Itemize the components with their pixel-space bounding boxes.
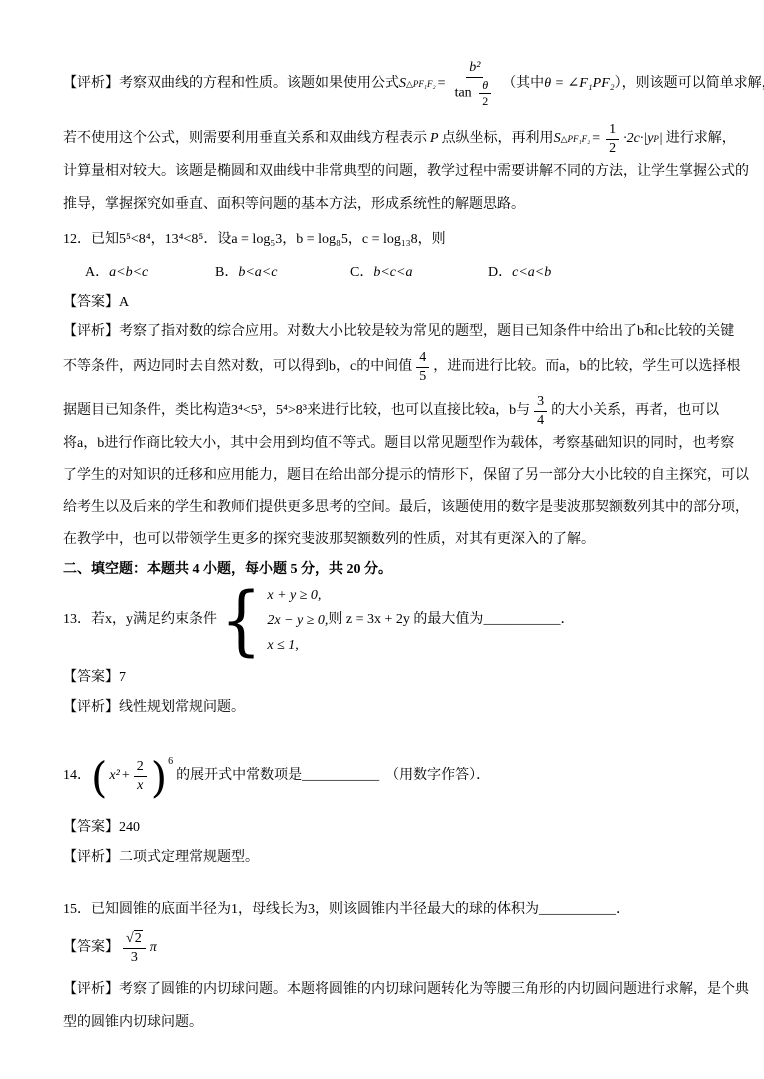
review-text: 若不使用这个公式，则需要利用垂直关系和双曲线方程表示 <box>63 127 427 151</box>
q13-stem: 13．若x，y满足约束条件 <box>63 608 217 632</box>
point-p-variable: P <box>430 127 439 151</box>
q15-answer-blank: ___________ <box>539 902 616 917</box>
abs-y-open: |y <box>643 127 653 151</box>
review-text: 进行求解， <box>666 127 736 151</box>
tan-function: tan <box>455 85 472 100</box>
formula-area-symbol: S <box>554 127 561 151</box>
formula-area-subscript: △PF₁F₂ <box>561 127 591 151</box>
constraint-3: x ≤ 1, <box>267 633 328 658</box>
question-13-answer: 【答案】7 <box>63 666 126 690</box>
q15-review-line2: 型的圆锥内切球问题。 <box>63 1011 203 1035</box>
q11-review-line3: 计算量相对较大。该题是椭圆和双曲线中非常典型的问题，教学过程中需要讲解不同的方法… <box>63 160 749 184</box>
review-text: 点纵坐标，再利用 <box>442 127 554 151</box>
x-squared: x² <box>109 764 119 788</box>
radicand: 2 <box>134 930 143 946</box>
pi-symbol: π <box>150 936 157 960</box>
q12-review-line5: 了学生的对知识的迁移和应用能力，题目在给出部分提示的情形下，保留了另一部分大小比… <box>63 464 749 488</box>
constraint-system: x + y ≥ 0, 2x − y ≥ 0, x ≤ 1, <box>267 583 328 658</box>
q14-post: 的展开式中常数项是 <box>176 764 302 788</box>
constraint-2: 2x − y ≥ 0, <box>267 608 328 633</box>
q12-review-line3: 据题目已知条件，类比构造3⁴<5³，5⁴>8³来进行比较，也可以直接比较a，b与… <box>63 390 719 432</box>
equals-sign: = <box>592 127 600 151</box>
left-brace: { <box>221 586 262 654</box>
question-12-answer: 【答案】A <box>63 291 129 315</box>
document-page: 【评析】考察双曲线的方程和性质。该题如果使用公式S△PF₁F₂ = b² tan… <box>0 0 764 1079</box>
one-half-fraction: 1 2 <box>606 121 619 157</box>
q12-review-line4: 将a，b进行作商比较大小，其中会用到均值不等式。题目以常见题型作为载体，考察基础… <box>63 432 734 456</box>
sqrt-numerator: √2 <box>123 930 146 949</box>
q11-review-line1: 【评析】考察双曲线的方程和性质。该题如果使用公式S△PF₁F₂ = b² tan… <box>63 52 764 116</box>
formula-area-symbol: S <box>399 72 406 96</box>
review-text: （其中 <box>502 72 544 96</box>
q11-review-line2: 若不使用这个公式，则需要利用垂直关系和双曲线方程表示 P 点纵坐标，再利用S△P… <box>63 118 736 160</box>
q14-number: 14． <box>63 764 91 788</box>
question-13-review: 【评析】线性规划常规问题。 <box>63 696 245 720</box>
question-14: 14． ( x² + 2 x ) 6 的展开式中常数项是___________ … <box>63 748 490 804</box>
q13-period: ． <box>560 608 574 632</box>
formula-area-subscript: △PF₁F₂ <box>406 72 436 96</box>
fraction-denominator: tan θ 2 <box>452 78 499 109</box>
equals-sign: = <box>438 72 446 96</box>
question-15-answer: 【答案】 √2 3 π <box>63 925 157 971</box>
q13-answer-blank: ___________ <box>483 608 560 632</box>
abs-y-close: | <box>659 127 663 151</box>
option-c: C．b<c<a <box>350 261 412 285</box>
two-over-x-fraction: 2 x <box>134 758 147 794</box>
theta-definition: θ = ∠F₁PF₂ <box>544 72 614 96</box>
question-14-review: 【评析】二项式定理常规题型。 <box>63 846 259 870</box>
review-text: 【评析】考察双曲线的方程和性质。该题如果使用公式 <box>63 72 399 96</box>
answer-label: 【答案】 <box>63 936 119 960</box>
question-12-stem: 12．已知5⁵<8⁴，13⁴<8⁵．设a = log₅3，b = log₈5，c… <box>63 228 446 252</box>
q15-period: ． <box>616 902 630 917</box>
q12-review-line6: 给考生以及后来的学生和教师们提供更多思考的空间。最后，该题使用的数字是斐波那契额… <box>63 496 749 520</box>
radical-sign: √ <box>126 931 134 946</box>
power-six: 6 <box>168 750 173 774</box>
constraint-1: x + y ≥ 0, <box>267 583 328 608</box>
q12-review-line1: 【评析】考察了指对数的综合应用。对数大小比较是较为常见的题型，题目已知条件中给出… <box>63 320 734 344</box>
option-b: B．b<a<c <box>215 261 277 285</box>
question-13: 13．若x，y满足约束条件 { x + y ≥ 0, 2x − y ≥ 0, x… <box>63 580 574 660</box>
option-a: A．a<b<c <box>85 261 148 285</box>
formula-expression: ·2c· <box>623 127 643 151</box>
three-quarters-fraction: 3 4 <box>534 393 547 429</box>
question-14-answer: 【答案】240 <box>63 816 140 840</box>
question-15-stem: 15．已知圆锥的底面半径为1，母线长为3，则该圆锥内半径最大的球的体积为____… <box>63 898 630 922</box>
q14-answer-blank: ___________ <box>302 764 379 788</box>
q12-review-line7: 在教学中，也可以带领学生更多的探究斐波那契额数列的性质，对其有更深入的了解。 <box>63 528 595 552</box>
q11-review-line4: 推导，掌握探究如垂直、面积等问题的基本方法，形成系统性的解题思路。 <box>63 193 525 217</box>
fraction-numerator: b² <box>466 59 483 78</box>
theta-over-2: θ 2 <box>479 78 491 109</box>
option-d: D．c<a<b <box>488 261 551 285</box>
plus-sign: + <box>122 764 130 788</box>
q12-review-line2: 不等条件，两边同时去自然对数，可以得到b，c的中间值 4 5 ，进而进行比较。而… <box>63 346 740 388</box>
formula-fraction: b² tan θ 2 <box>452 59 499 109</box>
four-fifths-fraction: 4 5 <box>416 349 429 385</box>
q15-review-line1: 【评析】考察了圆锥的内切球问题。本题将圆锥的内切球问题转化为等腰三角形的内切圆问… <box>63 978 749 1002</box>
q14-tail: （用数字作答）． <box>385 764 490 788</box>
sqrt2-over-3-fraction: √2 3 <box>123 930 146 966</box>
q13-post: 则 z = 3x + 2y 的最大值为 <box>328 608 483 632</box>
review-text: ），则该题可以简单求解， <box>615 72 764 96</box>
